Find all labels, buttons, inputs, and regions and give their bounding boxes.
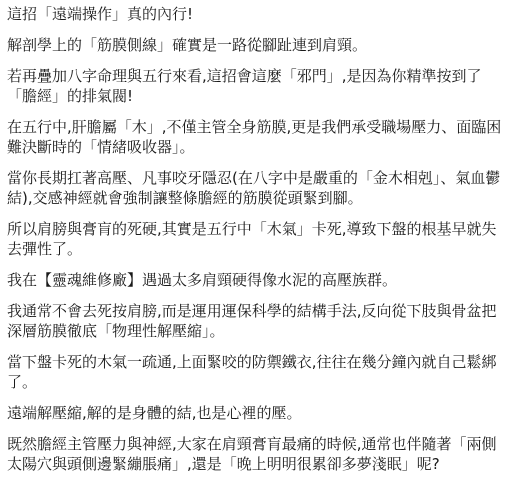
paragraph: 既然膽經主管壓力與神經,大家在肩頸膏肓最痛的時候,通常也伴隨著「兩側太陽穴與頭側…: [7, 434, 504, 474]
paragraph: 所以肩膀與膏肓的死硬,其實是五行中「木氣」卡死,導致下盤的根基早就失去彈性了。: [7, 219, 504, 259]
paragraph: 我在【靈魂維修廠】遇過太多肩頸硬得像水泥的高壓族群。: [7, 270, 504, 290]
paragraph: 這招「遠端操作」真的內行!: [7, 4, 504, 24]
paragraph: 當下盤卡死的木氣一疏通,上面緊咬的防禦鐵衣,往往在幾分鐘內就自己鬆綁了。: [7, 352, 504, 392]
paragraph: 若再疊加八字命理與五行來看,這招會這麼「邪門」,是因為你精準按到了「膽經」的排氣…: [7, 66, 504, 106]
paragraph: 在五行中,肝膽屬「木」,不僅主管全身筋膜,更是我們承受職場壓力、面臨困難決斷時的…: [7, 117, 504, 157]
document-body: 這招「遠端操作」真的內行! 解剖學上的「筋膜側線」確實是一路從腳趾連到肩頸。 若…: [0, 0, 511, 474]
paragraph: 當你長期扛著高壓、凡事咬牙隱忍(在八字中是嚴重的「金木相剋」、氣血鬱結),交感神…: [7, 168, 504, 208]
paragraph: 遠端解壓縮,解的是身體的結,也是心裡的壓。: [7, 403, 504, 423]
paragraph: 解剖學上的「筋膜側線」確實是一路從腳趾連到肩頸。: [7, 35, 504, 55]
paragraph: 我通常不會去死按肩膀,而是運用運保科學的結構手法,反向從下肢與骨盆把深層筋膜徹底…: [7, 301, 504, 341]
